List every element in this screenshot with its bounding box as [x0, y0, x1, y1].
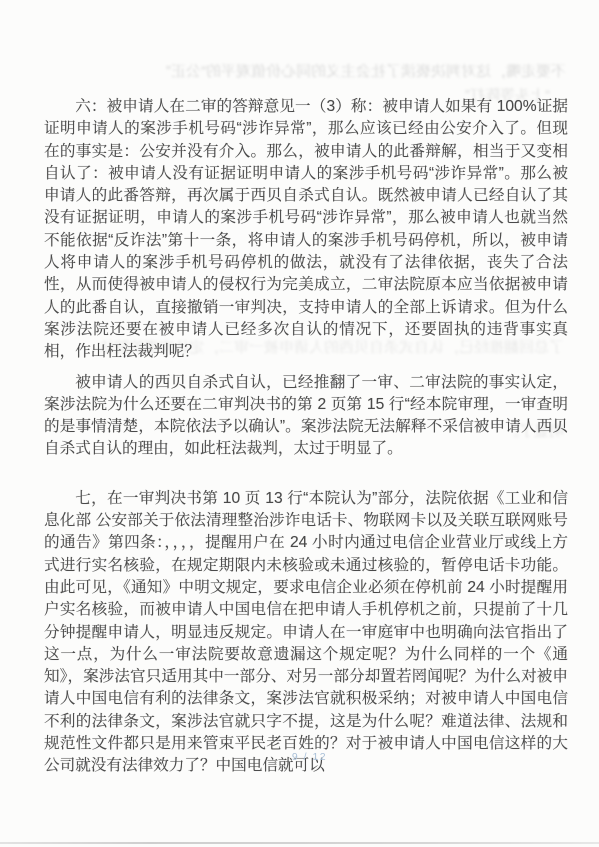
page-number: 9 / 12 — [0, 751, 599, 763]
bleedthrough-text: 不要走嘴，这对判决亵渎了社会主义的同心价值观平的“公正” — [52, 64, 566, 80]
document-body: 六：被申请人在二审的答辩意见一（3）称：被申请人如果有 100%证据证明申请人的… — [44, 96, 568, 778]
scanned-document-page: 不要走嘴，这对判决亵渎了社会主义的同心价值观平的“公正” “上头等阵打” 了总回… — [0, 0, 599, 847]
scan-edge-line — [0, 842, 599, 844]
paragraph-section-six: 六：被申请人在二审的答辩意见一（3）称：被申请人如果有 100%证据证明申请人的… — [44, 96, 568, 364]
paragraph-section-six-continued: 被申请人的西贝自杀式自认，已经推翻了一审、二审法院的事实认定，案涉法院为什么还要… — [44, 372, 568, 461]
paragraph-section-seven: 七，在一审判决书第 10 页 13 行“本院认为”部分，法院依据《工业和信息化部… — [44, 488, 568, 778]
